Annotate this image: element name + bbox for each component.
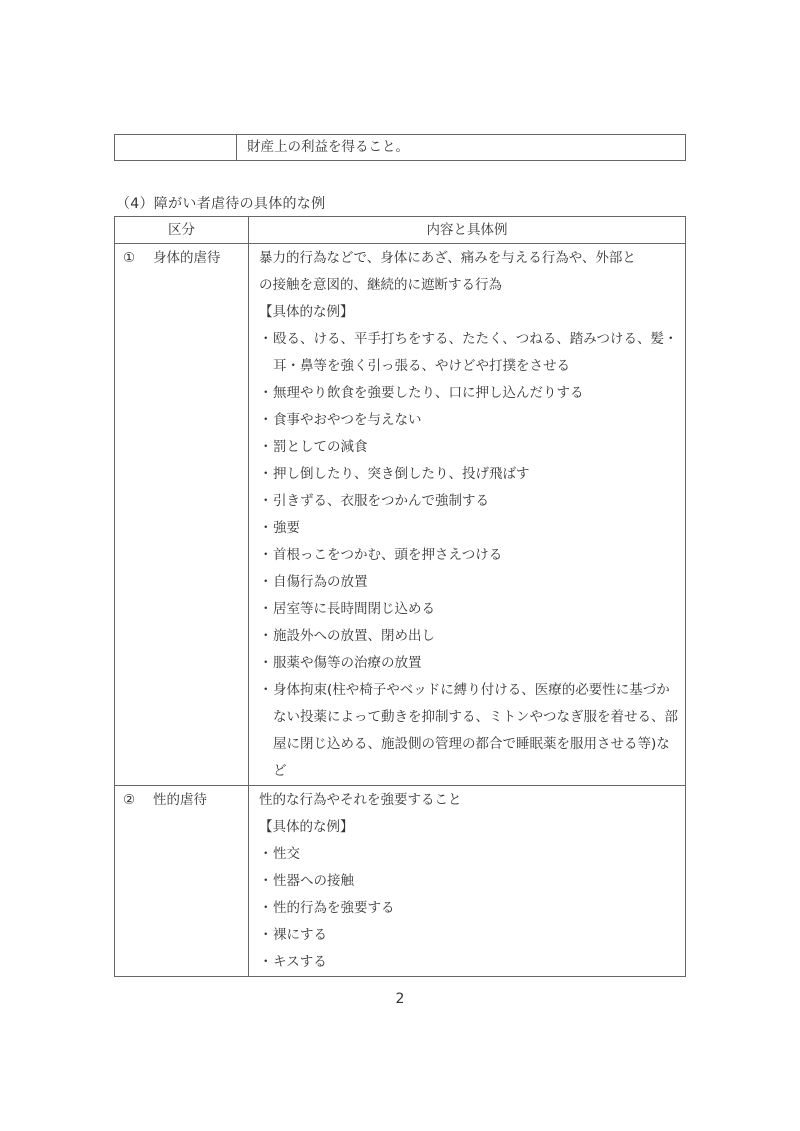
bullet-icon: ・ xyxy=(259,434,273,461)
example-item: ・施設外への放置、閉め出し xyxy=(259,623,679,650)
example-item: ・性交 xyxy=(259,841,679,868)
bullet-icon: ・ xyxy=(259,868,273,895)
example-item: ・服薬や傷等の治療の放置 xyxy=(259,650,679,677)
bullet-icon: ・ xyxy=(259,326,273,353)
example-item: ・キスする xyxy=(259,949,679,976)
example-item: ・押し倒したり、突き倒したり、投げ飛ばす xyxy=(259,461,679,488)
bullet-icon: ・ xyxy=(259,515,273,542)
continuation-table: 財産上の利益を得ること。 xyxy=(114,134,686,161)
example-item: ・強要 xyxy=(259,515,679,542)
bullet-icon: ・ xyxy=(259,542,273,569)
category-cell: ②性的虐待 xyxy=(115,786,249,977)
description-line: 暴力的行為などで、身体にあざ、痛みを与える行為や、外部と xyxy=(259,245,679,272)
column-header-content: 内容と具体例 xyxy=(249,217,686,244)
bullet-icon: ・ xyxy=(259,623,273,650)
description-line: 性的な行為やそれを強要すること xyxy=(259,787,679,814)
bullet-icon: ・ xyxy=(259,461,273,488)
content-cell: 暴力的行為などで、身体にあざ、痛みを与える行為や、外部と の接触を意図的、継続的… xyxy=(249,244,686,786)
bullet-icon: ・ xyxy=(259,380,273,407)
page-number: 2 xyxy=(0,991,800,1007)
content-cell: 性的な行為やそれを強要すること 【具体的な例】 ・性交 ・性器への接触 ・性的行… xyxy=(249,786,686,977)
example-item: ・性的行為を強要する xyxy=(259,895,679,922)
example-item: ・食事やおやつを与えない xyxy=(259,407,679,434)
category-cell: ①身体的虐待 xyxy=(115,244,249,786)
bullet-icon: ・ xyxy=(259,569,273,596)
example-item: ・身体拘束(柱や椅子やベッドに縛り付ける、医療的必要性に基づかない投薬によって動… xyxy=(259,677,679,785)
category-label: 性的虐待 xyxy=(153,792,207,808)
table-row: ②性的虐待 性的な行為やそれを強要すること 【具体的な例】 ・性交 ・性器への接… xyxy=(115,786,686,977)
table-header-row: 区分 内容と具体例 xyxy=(115,217,686,244)
bullet-icon: ・ xyxy=(259,922,273,949)
bullet-icon: ・ xyxy=(259,407,273,434)
example-item: ・居室等に長時間閉じ込める xyxy=(259,596,679,623)
bullet-icon: ・ xyxy=(259,677,273,704)
category-label: 身体的虐待 xyxy=(153,250,221,266)
bullet-icon: ・ xyxy=(259,895,273,922)
bullet-icon: ・ xyxy=(259,650,273,677)
description-line: の接触を意図的、継続的に遮断する行為 xyxy=(259,272,679,299)
column-header-category: 区分 xyxy=(115,217,249,244)
bullet-icon: ・ xyxy=(259,596,273,623)
table-row: ①身体的虐待 暴力的行為などで、身体にあざ、痛みを与える行為や、外部と の接触を… xyxy=(115,244,686,786)
example-item: ・裸にする xyxy=(259,922,679,949)
example-item: ・殴る、ける、平手打ちをする、たたく、つねる、踏みつける、髪・耳・鼻等を強く引っ… xyxy=(259,326,679,380)
row-number: ② xyxy=(123,787,153,814)
example-item: ・罰としての減食 xyxy=(259,434,679,461)
example-item: ・性器への接触 xyxy=(259,868,679,895)
example-item: ・引きずる、衣服をつかんで強制する xyxy=(259,488,679,515)
category-cell xyxy=(115,135,237,161)
example-item: ・自傷行為の放置 xyxy=(259,569,679,596)
table-row: 財産上の利益を得ること。 xyxy=(115,135,686,161)
bullet-icon: ・ xyxy=(259,949,273,976)
row-number: ① xyxy=(123,245,153,272)
bullet-icon: ・ xyxy=(259,841,273,868)
section-heading: （4）障がい者虐待の具体的な例 xyxy=(116,193,325,215)
example-item: ・首根っこをつかむ、頭を押さえつける xyxy=(259,542,679,569)
abuse-examples-table: 区分 内容と具体例 ①身体的虐待 暴力的行為などで、身体にあざ、痛みを与える行為… xyxy=(114,216,686,977)
examples-label: 【具体的な例】 xyxy=(259,814,679,841)
examples-label: 【具体的な例】 xyxy=(259,299,679,326)
example-item: ・無理やり飲食を強要したり、口に押し込んだりする xyxy=(259,380,679,407)
content-cell: 財産上の利益を得ること。 xyxy=(237,135,686,161)
bullet-icon: ・ xyxy=(259,488,273,515)
